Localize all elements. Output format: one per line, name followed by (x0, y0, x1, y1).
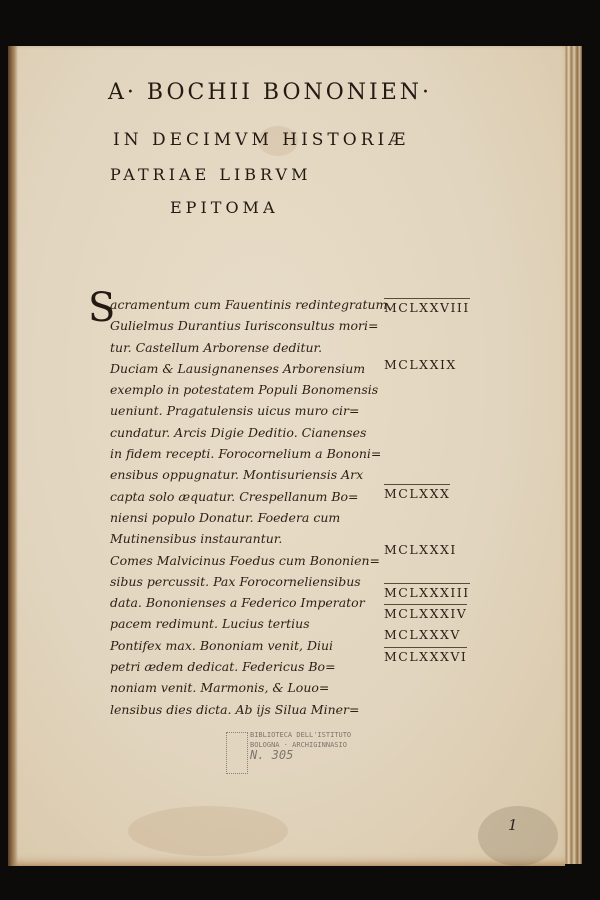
manuscript-body: acramentum cum Fauentinis redintegratum.… (110, 294, 380, 720)
stamp-line: BIBLIOTECA DELL'ISTITUTO (250, 730, 351, 740)
text-line: noniam venit. Marmonis, & Louo= (110, 677, 380, 698)
text-line: exemplo in potestatem Populi Bonomensis (110, 379, 380, 400)
text-line: petri ædem dedicat. Federicus Bo= (110, 656, 380, 677)
text-line: ensibus oppugnatur. Montisuriensis Arx (110, 464, 380, 485)
title-line-2: IN DECIMVM HISTORIÆ (113, 130, 409, 150)
title-epitoma: EPITOMA (170, 198, 279, 217)
text-line: Gulielmus Durantius Iurisconsultus mori= (110, 315, 380, 336)
text-line: tur. Castellum Arborense deditur. (110, 337, 380, 358)
foxing-stain (128, 806, 288, 856)
text-line: acramentum cum Fauentinis redintegratum. (110, 294, 380, 315)
text-line: Comes Malvicinus Foedus cum Bononien= (110, 550, 380, 571)
text-line: sibus percussit. Pax Forocorneliensibus (110, 571, 380, 592)
text-line: data. Bononienses a Federico Imperator (110, 592, 380, 613)
text-line: in fidem recepti. Forocornelium a Bononi… (110, 443, 380, 464)
folio-number: 1 (508, 816, 518, 834)
library-stamp: BIBLIOTECA DELL'ISTITUTO BOLOGNA · ARCHI… (226, 730, 366, 778)
text-line: capta solo æquatur. Crespellanum Bo= (110, 486, 380, 507)
binding-gutter (8, 46, 18, 866)
text-line: ueniunt. Pragatulensis uicus muro cir= (110, 400, 380, 421)
title-author: A· BOCHII BONONIEN· (108, 80, 432, 105)
text-line: cundatur. Arcis Digie Deditio. Cianenses (110, 422, 380, 443)
stamp-number: N. 305 (250, 750, 351, 760)
margin-year: MCLXXXI (384, 541, 457, 557)
margin-year: MCLXXXIV (384, 604, 467, 621)
margin-year: MCLXXXIII (384, 583, 470, 600)
margin-year: MCLXXXV (384, 626, 461, 642)
title-line-3: PATRIAE LIBRVM (110, 165, 311, 184)
margin-year: MCLXXVIII (384, 298, 470, 315)
text-line: pacem redimunt. Lucius tertius (110, 613, 380, 634)
text-line: niensi populo Donatur. Foedera cum (110, 507, 380, 528)
text-line: lensibus dies dicta. Ab ijs Silua Miner= (110, 699, 380, 720)
margin-year: MCLXXIX (384, 356, 457, 372)
margin-year: MCLXXXVI (384, 647, 467, 664)
margin-year: MCLXXX (384, 484, 450, 501)
crest-icon (226, 732, 248, 774)
text-line: Pontifex max. Bononiam venit, Diui (110, 635, 380, 656)
text-line: Duciam & Lausignanenses Arborensium (110, 358, 380, 379)
foxing-stain (478, 806, 558, 866)
text-line: Mutinensibus instaurantur. (110, 528, 380, 549)
